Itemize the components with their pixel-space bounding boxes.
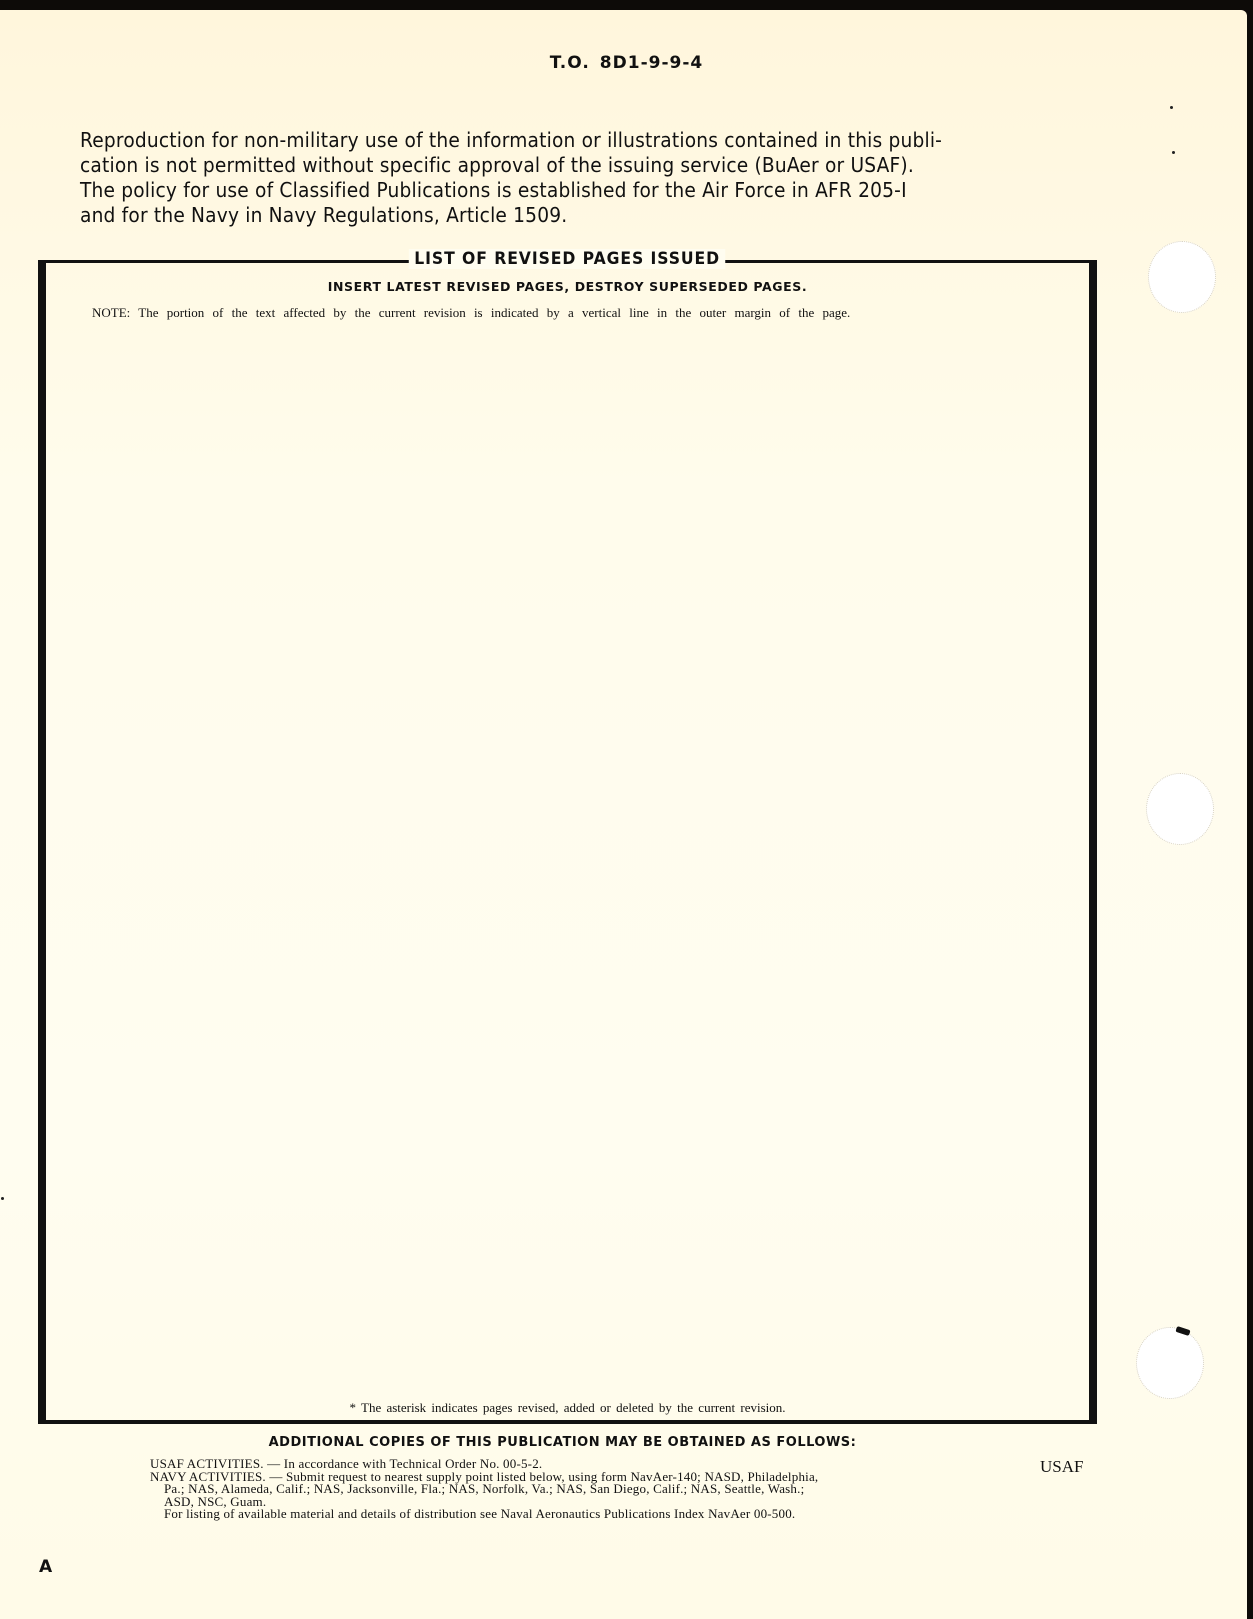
technical-order-number: T.O.8D1-9-9-4	[0, 53, 1253, 73]
navy-activities-line: Pa.; NAS, Alameda, Calif.; NAS, Jacksonv…	[150, 1483, 990, 1496]
paper-speck	[1170, 106, 1173, 109]
revised-pages-box: LIST OF REVISED PAGES ISSUED INSERT LATE…	[38, 260, 1097, 1424]
listing-reference-line: For listing of available material and de…	[150, 1508, 990, 1521]
additional-copies-body: USAF ACTIVITIES. — In accordance with Te…	[150, 1458, 990, 1521]
revised-pages-title: LIST OF REVISED PAGES ISSUED	[46, 249, 1089, 269]
punch-hole-icon	[1146, 773, 1214, 845]
document-page: T.O.8D1-9-9-4 Reproduction for non-milit…	[0, 10, 1247, 1619]
paper-speck	[1, 1197, 4, 1200]
reproduction-notice-line: Reproduction for non-military use of the…	[80, 128, 991, 153]
reproduction-notice: Reproduction for non-military use of the…	[80, 128, 991, 228]
asterisk-footnote: * The asterisk indicates pages revised, …	[46, 1400, 1089, 1416]
additional-copies-heading: ADDITIONAL COPIES OF THIS PUBLICATION MA…	[0, 1435, 1125, 1450]
technical-order-code: 8D1-9-9-4	[600, 53, 703, 73]
reproduction-notice-line: The policy for use of Classified Publica…	[80, 178, 991, 203]
reproduction-notice-line: and for the Navy in Navy Regulations, Ar…	[80, 203, 991, 228]
service-tag: USAF	[1040, 1457, 1083, 1477]
page-label: A	[39, 1557, 52, 1577]
paper-speck	[1172, 151, 1175, 154]
reproduction-notice-line: cation is not permitted without specific…	[80, 153, 991, 178]
punch-hole-icon	[1136, 1327, 1204, 1399]
punch-hole-icon	[1148, 241, 1216, 313]
technical-order-prefix: T.O.	[550, 53, 590, 73]
revised-pages-instruction: INSERT LATEST REVISED PAGES, DESTROY SUP…	[46, 279, 1089, 294]
revised-pages-title-text: LIST OF REVISED PAGES ISSUED	[409, 249, 726, 269]
revision-note: NOTE: The portion of the text affected b…	[92, 305, 850, 321]
